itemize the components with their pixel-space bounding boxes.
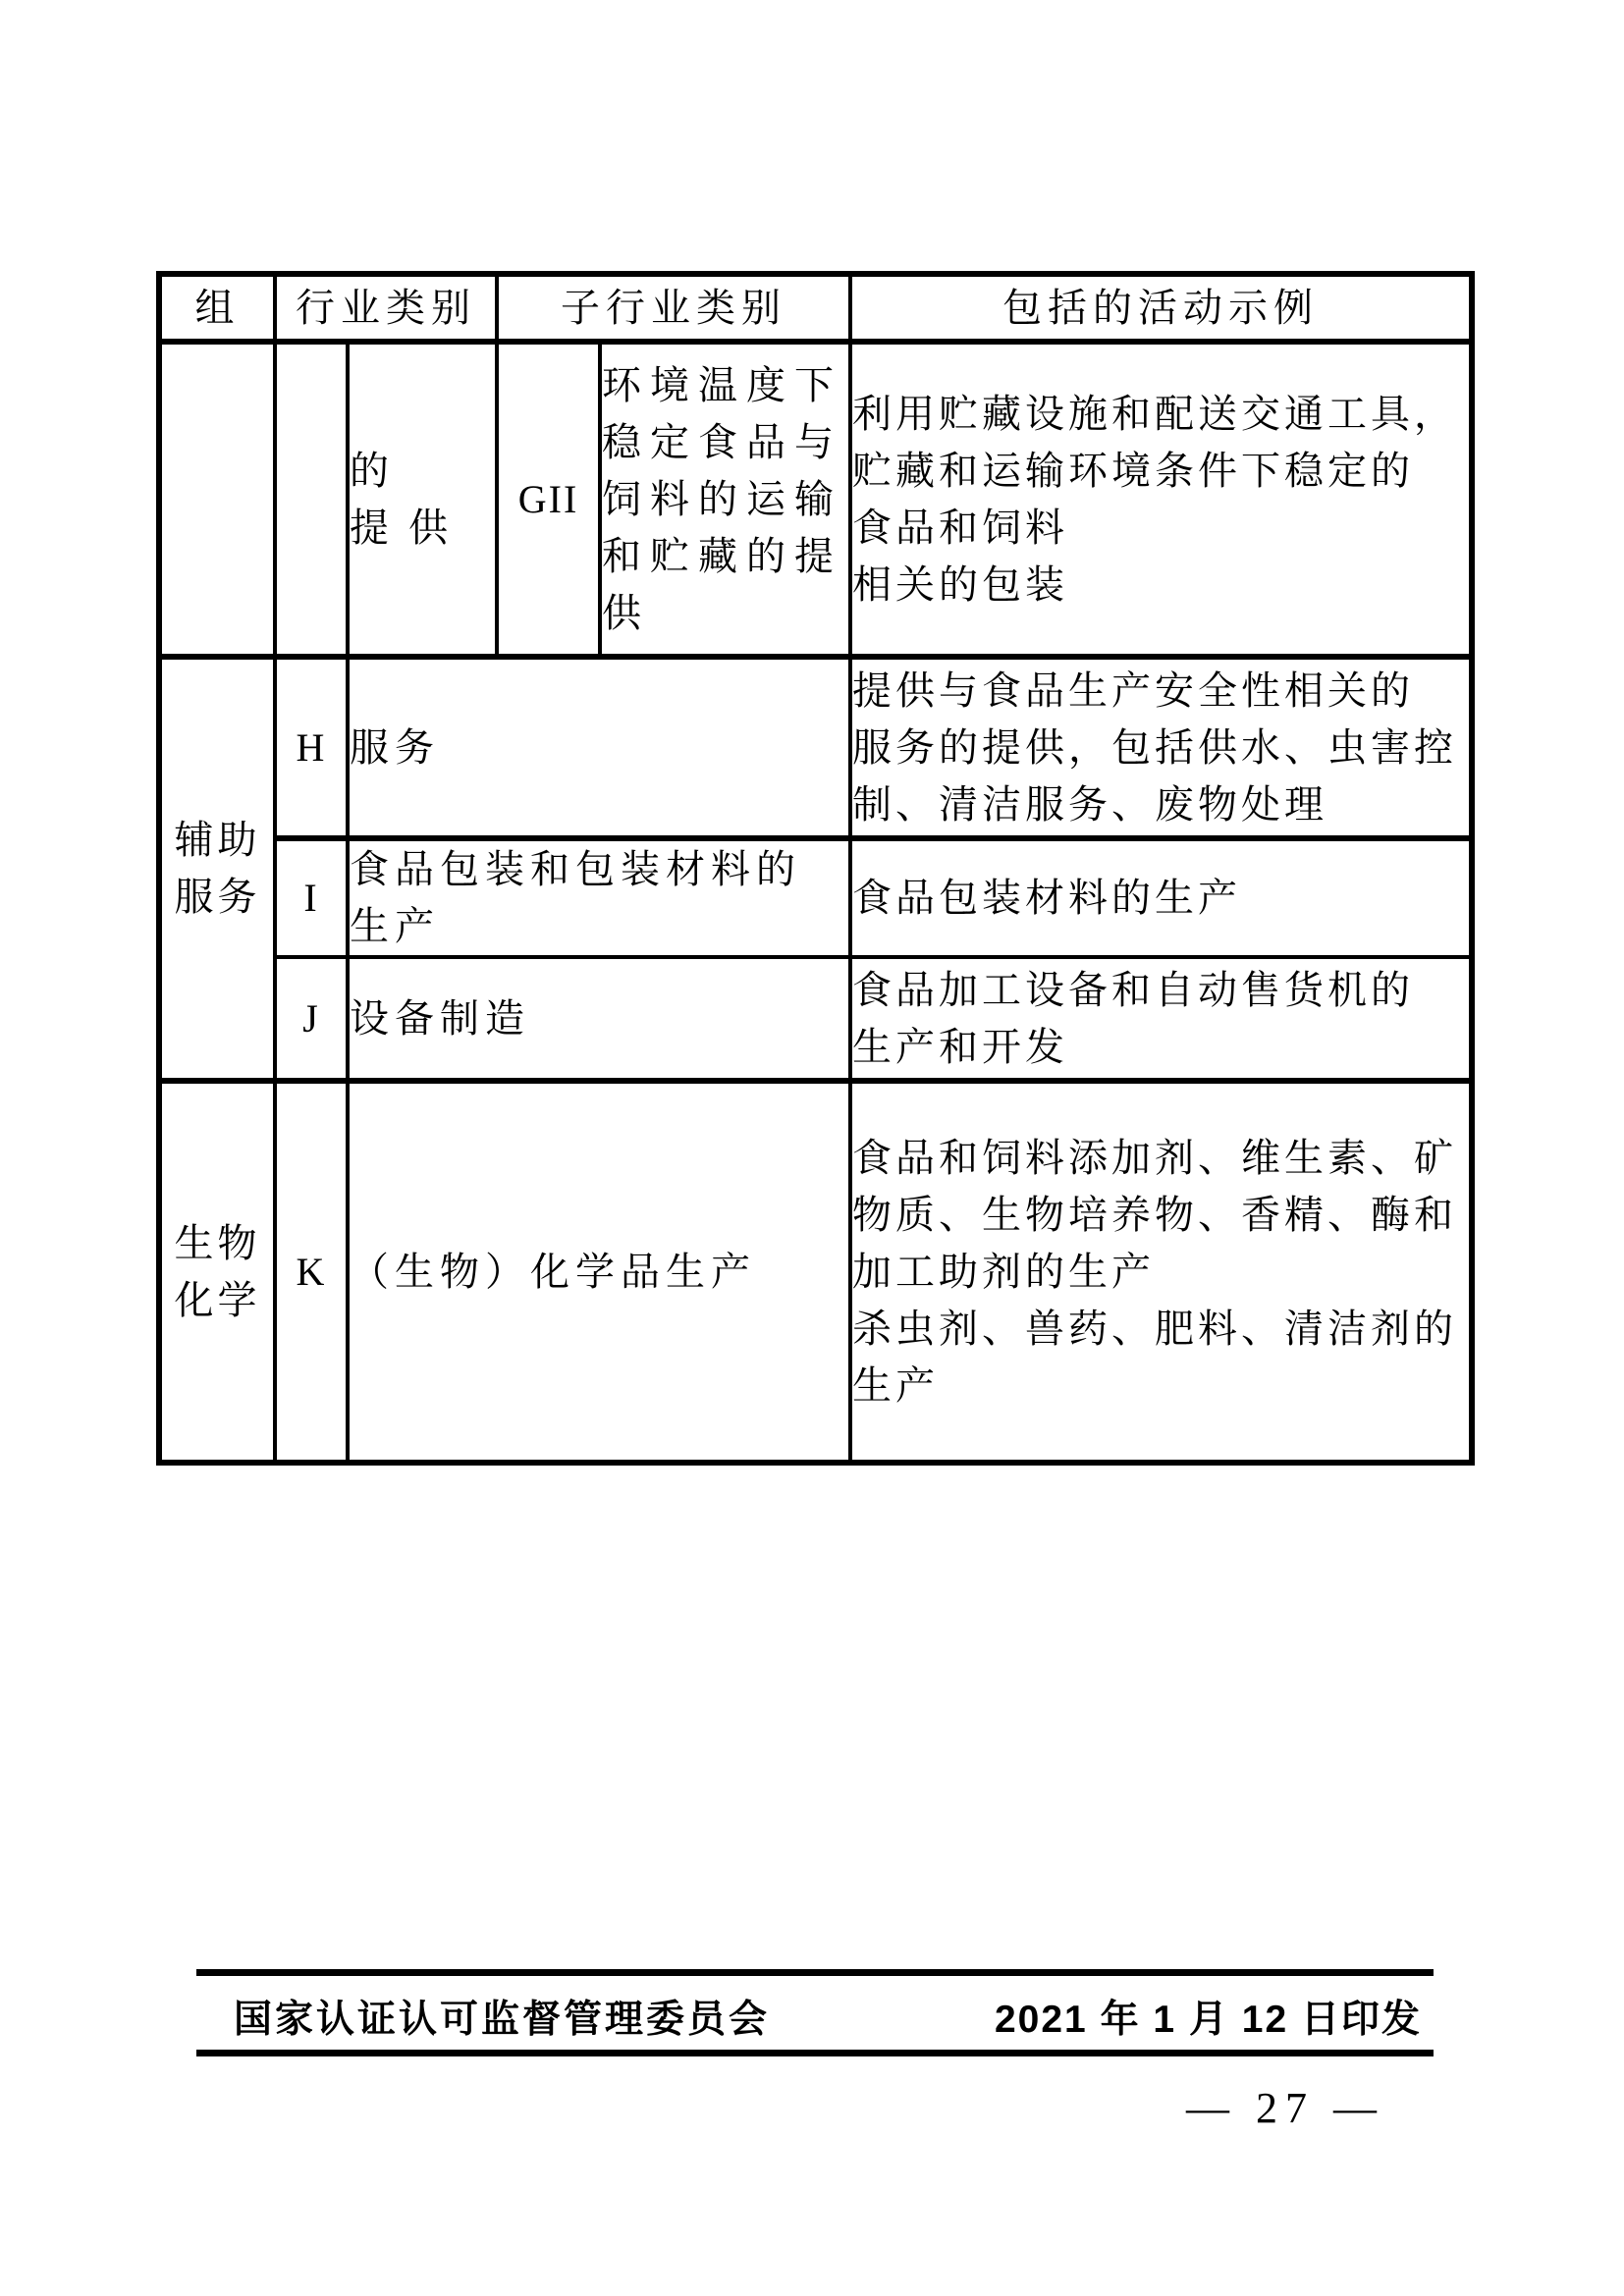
row-gii: 的 提供 GII 环境温度下 稳定食品与 饲料的运输 和贮藏的提 供 利用贮藏设… xyxy=(159,342,1472,657)
j-activities: 食品加工设备和自动售货机的 生产和开发 xyxy=(850,957,1472,1081)
group-biochemistry: 生物 化学 xyxy=(159,1081,275,1463)
gii-industry-name: 的 提供 xyxy=(348,342,497,657)
j-industry-name: 设备制造 xyxy=(348,957,850,1081)
document-page: 组 行业类别 子行业类别 包括的活动示例 的 提供 GII 环境温度下 稳定食品… xyxy=(0,0,1624,2296)
table-header-row: 组 行业类别 子行业类别 包括的活动示例 xyxy=(159,274,1472,342)
header-group: 组 xyxy=(159,274,275,342)
i-industry-code: I xyxy=(275,838,348,957)
footer-rule-bottom xyxy=(196,2050,1434,2056)
footer-rule-top xyxy=(196,1969,1434,1976)
gii-group-cell xyxy=(159,342,275,657)
h-activities: 提供与食品生产安全性相关的 服务的提供，包括供水、虫害控 制、清洁服务、废物处理 xyxy=(850,657,1472,838)
k-industry-code: K xyxy=(275,1081,348,1463)
page-number: — 27 — xyxy=(1186,2083,1384,2133)
gii-activities: 利用贮藏设施和配送交通工具， 贮藏和运输环境条件下稳定的 食品和饲料 相关的包装 xyxy=(850,342,1472,657)
h-industry-code: H xyxy=(275,657,348,838)
k-industry-name: （生物）化学品生产 xyxy=(348,1081,850,1463)
header-activity-examples: 包括的活动示例 xyxy=(850,274,1472,342)
j-industry-code: J xyxy=(275,957,348,1081)
i-industry-name: 食品包装和包装材料的 生产 xyxy=(348,838,850,957)
gii-industry-code-cell xyxy=(275,342,348,657)
row-h: 辅助 服务 H 服务 提供与食品生产安全性相关的 服务的提供，包括供水、虫害控 … xyxy=(159,657,1472,838)
header-industry-category: 行业类别 xyxy=(275,274,497,342)
footer-issuer: 国家认证认可监督管理委员会 xyxy=(234,1989,770,2044)
header-sub-industry-category: 子行业类别 xyxy=(497,274,850,342)
i-activities: 食品包装材料的生产 xyxy=(850,838,1472,957)
h-industry-name: 服务 xyxy=(348,657,850,838)
row-j: J 设备制造 食品加工设备和自动售货机的 生产和开发 xyxy=(159,957,1472,1081)
row-k: 生物 化学 K （生物）化学品生产 食品和饲料添加剂、维生素、矿 物质、生物培养… xyxy=(159,1081,1472,1463)
row-i: I 食品包装和包装材料的 生产 食品包装材料的生产 xyxy=(159,838,1472,957)
gii-sub-name: 环境温度下 稳定食品与 饲料的运输 和贮藏的提 供 xyxy=(600,342,850,657)
gii-sub-code: GII xyxy=(497,342,600,657)
footer-print-date: 2021 年 1 月 12 日印发 xyxy=(995,1989,1422,2044)
k-activities: 食品和饲料添加剂、维生素、矿 物质、生物培养物、香精、酶和 加工助剂的生产 杀虫… xyxy=(850,1081,1472,1463)
industry-category-table: 组 行业类别 子行业类别 包括的活动示例 的 提供 GII 环境温度下 稳定食品… xyxy=(156,271,1475,1466)
group-auxiliary-services: 辅助 服务 xyxy=(159,657,275,1081)
